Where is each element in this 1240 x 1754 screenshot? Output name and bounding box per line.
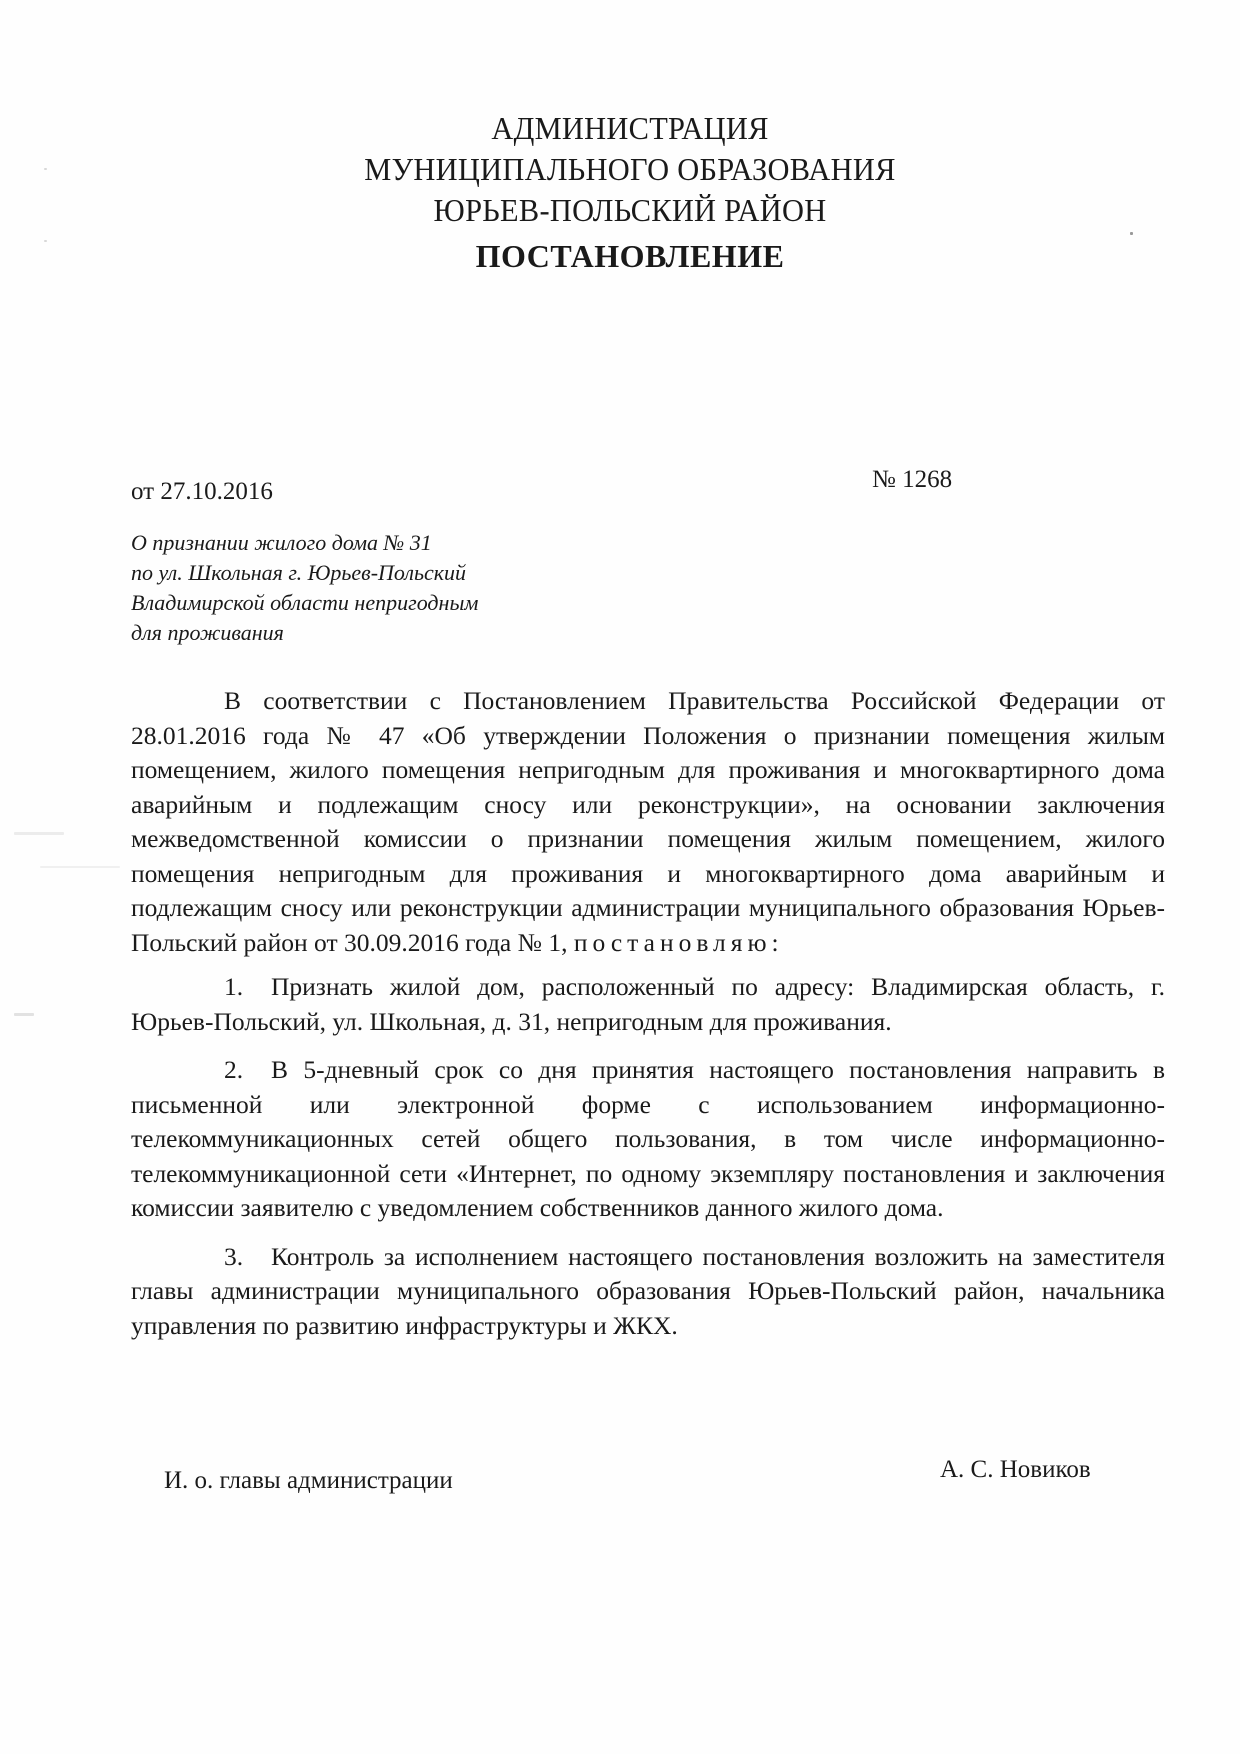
resolve-word: постановляю: <box>574 928 784 957</box>
document-date: от 27.10.2016 <box>131 478 273 506</box>
clause-1: 1.Признать жилой дом, расположенный по а… <box>131 970 1165 1039</box>
issuer-line-1: АДМИНИСТРАЦИЯ <box>317 108 944 149</box>
subject-line-4: для проживания <box>131 618 651 648</box>
subject-line-1: О признании жилого дома № 31 <box>131 528 651 558</box>
document-page: АДМИНИСТРАЦИЯ МУНИЦИПАЛЬНОГО ОБРАЗОВАНИЯ… <box>0 0 1240 1754</box>
clause-1-text: Признать жилой дом, расположенный по адр… <box>131 972 1165 1036</box>
scan-speck <box>1130 232 1133 235</box>
document-number: № 1268 <box>872 466 952 494</box>
clause-3-text: Контроль за исполнением настоящего поста… <box>131 1242 1165 1340</box>
subject-line-3: Владимирской области непригодным <box>131 588 651 618</box>
preamble-paragraph: В соответствии с Постановлением Правител… <box>131 684 1165 960</box>
subject-line-2: по ул. Школьная г. Юрьев-Польский <box>131 558 651 588</box>
document-body: В соответствии с Постановлением Правител… <box>131 684 1165 1357</box>
scan-speck <box>44 168 47 170</box>
scan-speck <box>44 240 47 242</box>
document-subject: О признании жилого дома № 31 по ул. Школ… <box>131 528 651 648</box>
issuer-line-2: МУНИЦИПАЛЬНОГО ОБРАЗОВАНИЯ <box>317 149 944 190</box>
issuer-line-3: ЮРЬЕВ-ПОЛЬСКИЙ РАЙОН <box>317 190 944 231</box>
scan-speck <box>14 832 64 835</box>
preamble-text: В соответствии с Постановлением Правител… <box>131 686 1165 957</box>
scan-speck <box>40 866 120 868</box>
clause-3-number: 3. <box>224 1240 271 1275</box>
issuer-header: АДМИНИСТРАЦИЯ МУНИЦИПАЛЬНОГО ОБРАЗОВАНИЯ… <box>300 108 960 231</box>
scan-speck <box>14 1013 34 1016</box>
clause-1-number: 1. <box>224 970 271 1005</box>
signatory-name: А. С. Новиков <box>940 1456 1091 1484</box>
clause-2: 2.В 5-дневный срок со дня принятия насто… <box>131 1053 1165 1226</box>
clause-2-text: В 5-дневный срок со дня принятия настоящ… <box>131 1055 1165 1222</box>
signatory-title: И. о. главы администрации <box>164 1467 453 1495</box>
clause-3: 3.Контроль за исполнением настоящего пос… <box>131 1240 1165 1344</box>
document-type-title: ПОСТАНОВЛЕНИЕ <box>300 238 960 275</box>
clause-2-number: 2. <box>224 1053 271 1088</box>
